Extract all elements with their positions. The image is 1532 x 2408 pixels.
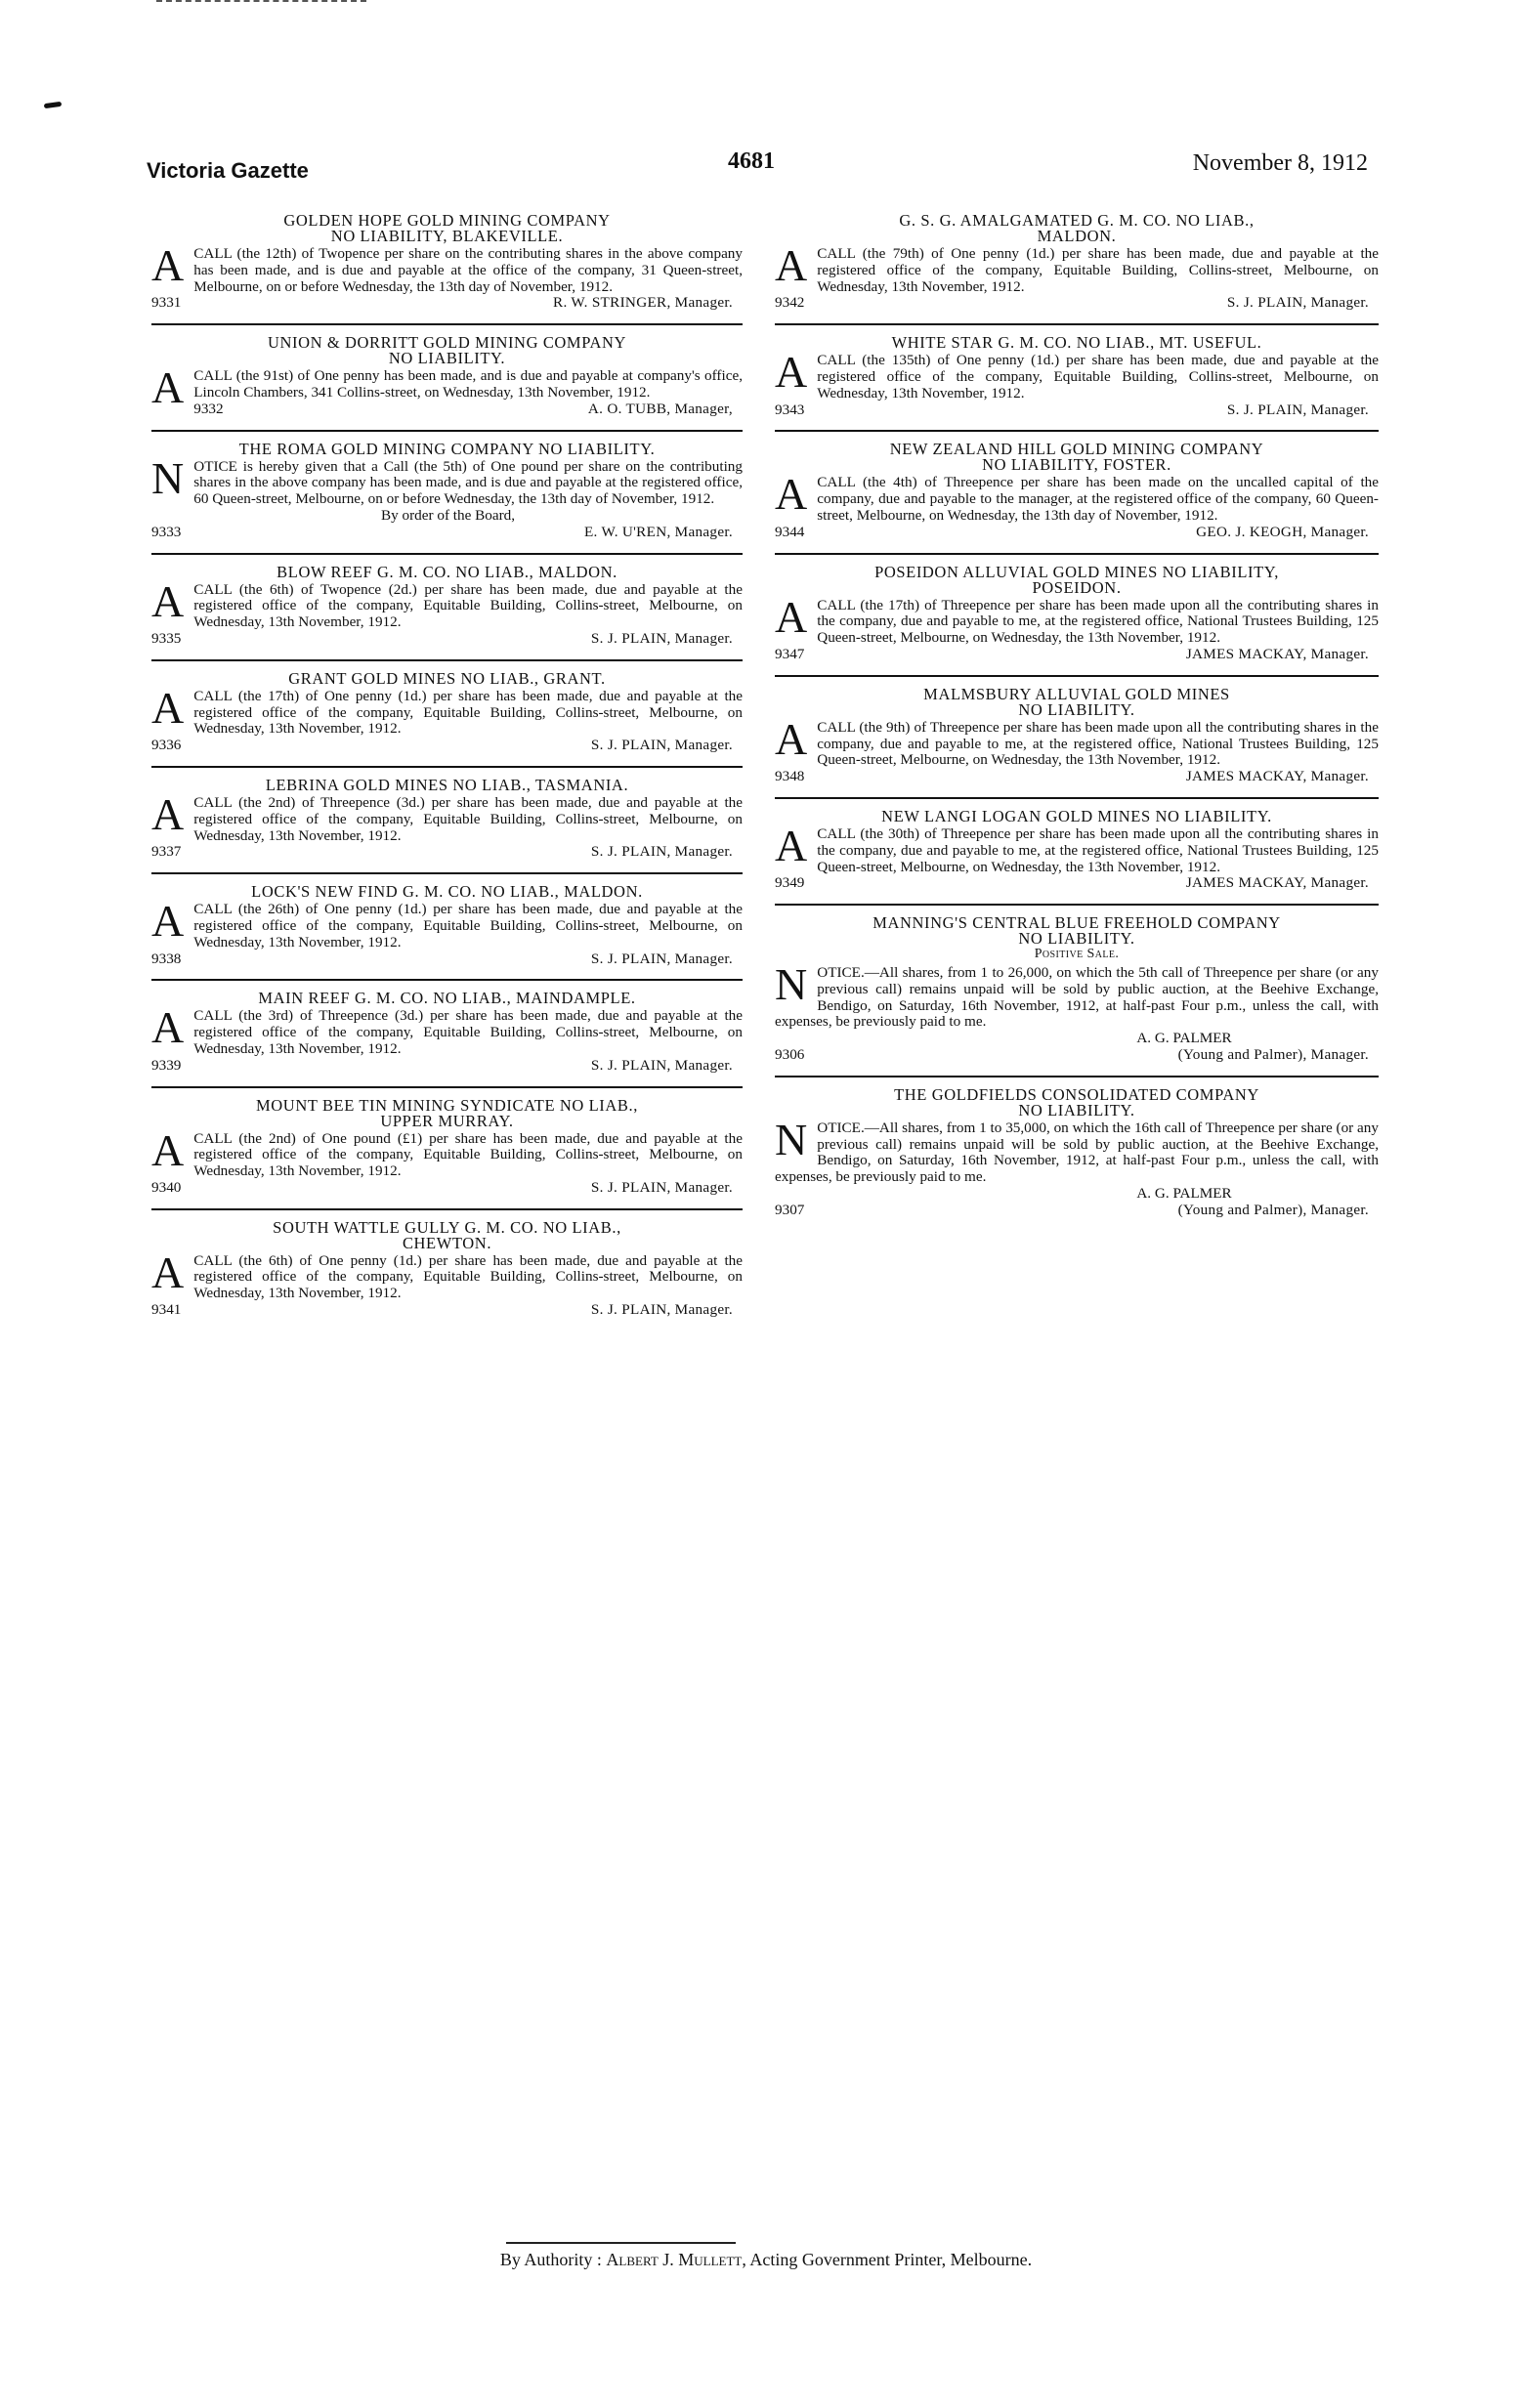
drop-cap: A [151, 1255, 184, 1290]
notice-footer: 9349 JAMES MACKAY, Manager. [775, 875, 1379, 892]
notice-footer: 9335 S. J. PLAIN, Manager. [151, 631, 743, 648]
drop-cap: A [151, 1133, 184, 1168]
notice-reference-number: 9331 [151, 295, 181, 312]
notice-reference-number: 9344 [775, 525, 804, 541]
notice-title: LOCK'S NEW FIND G. M. CO. NO LIAB., MALD… [151, 884, 743, 900]
footer-rule [506, 2242, 736, 2244]
notice-text: CALL (the 26th) of One penny (1d.) per s… [193, 901, 743, 951]
notice-reference-number: 9333 [151, 525, 181, 541]
notice: MAIN REEF G. M. CO. NO LIAB., MAINDAMPLE… [151, 979, 743, 1079]
drop-cap: A [151, 1010, 184, 1045]
notice-text: CALL (the 2nd) of One pound (£1) per sha… [193, 1130, 743, 1180]
notice-body: NOTICE.—All shares, from 1 to 26,000, on… [775, 965, 1379, 1031]
notice-footer: 9341 S. J. PLAIN, Manager. [151, 1302, 743, 1319]
issue-date: November 8, 1912 [1193, 150, 1368, 177]
notice-text: CALL (the 91st) of One penny has been ma… [193, 367, 743, 401]
notice-title: THE ROMA GOLD MINING COMPANY NO LIABILIT… [151, 442, 743, 457]
notice: NEW LANGI LOGAN GOLD MINES NO LIABILITY.… [775, 797, 1379, 898]
notice-body: NOTICE.—All shares, from 1 to 35,000, on… [775, 1120, 1379, 1186]
notice-body: ACALL (the 3rd) of Threepence (3d.) per … [151, 1008, 743, 1057]
notice-signature: S. J. PLAIN, Manager. [591, 951, 743, 968]
notice-reference-number: 9338 [151, 951, 181, 968]
notice-body: ACALL (the 4th) of Threepence per share … [775, 475, 1379, 524]
notice: GRANT GOLD MINES NO LIAB., GRANT. ACALL … [151, 659, 743, 760]
notice-signature: S. J. PLAIN, Manager. [591, 1058, 743, 1075]
notice-text: CALL (the 17th) of Threepence per share … [817, 597, 1379, 647]
notice-body: ACALL (the 6th) of One penny (1d.) per s… [151, 1253, 743, 1302]
notice-title: MAIN REEF G. M. CO. NO LIAB., MAINDAMPLE… [151, 991, 743, 1006]
notice-text: CALL (the 12th) of Twopence per share on… [193, 245, 743, 295]
notice-signature: S. J. PLAIN, Manager. [1227, 295, 1379, 312]
drop-cap: A [775, 248, 807, 283]
notice-text: CALL (the 4th) of Threepence per share h… [817, 474, 1379, 524]
drop-cap: A [151, 584, 184, 619]
notice-footer: 9343 S. J. PLAIN, Manager. [775, 402, 1379, 419]
notice-signature: S. J. PLAIN, Manager. [591, 631, 743, 648]
notice-text: CALL (the 2nd) of Threepence (3d.) per s… [193, 794, 743, 844]
notice-text: CALL (the 30th) of Threepence per share … [817, 825, 1379, 875]
notice-reference-number: 9340 [151, 1180, 181, 1197]
notice-text: CALL (the 135th) of One penny (1d.) per … [817, 352, 1379, 401]
scan-artifact-mark [44, 102, 63, 108]
notice-body: ACALL (the 26th) of One penny (1d.) per … [151, 902, 743, 951]
notice-signature: S. J. PLAIN, Manager. [1227, 402, 1379, 419]
notice: G. S. G. AMALGAMATED G. M. CO. NO LIAB.,… [775, 207, 1379, 317]
notice-title-line2: NO LIABILITY. [775, 702, 1379, 718]
notice-text: CALL (the 3rd) of Threepence (3d.) per s… [193, 1007, 743, 1057]
drop-cap: A [151, 248, 184, 283]
notice-title-line2: NO LIABILITY, FOSTER. [775, 457, 1379, 473]
notice-reference-number: 9307 [775, 1203, 804, 1219]
page-header: Victoria Gazette 4681 November 8, 1912 [147, 148, 1368, 197]
notice-signature: S. J. PLAIN, Manager. [591, 738, 743, 754]
notice-title: WHITE STAR G. M. CO. NO LIAB., MT. USEFU… [775, 335, 1379, 351]
notice: LOCK'S NEW FIND G. M. CO. NO LIAB., MALD… [151, 872, 743, 973]
notice-text: CALL (the 79th) of One penny (1d.) per s… [817, 245, 1379, 295]
notice-footer: 9331 R. W. STRINGER, Manager. [151, 295, 743, 312]
notice-signature: (Young and Palmer), Manager. [1178, 1047, 1379, 1064]
notice: THE GOLDFIELDS CONSOLIDATED COMPANY NO L… [775, 1076, 1379, 1225]
notice-reference-number: 9342 [775, 295, 804, 312]
notice-text: CALL (the 6th) of Twopence (2d.) per sha… [193, 581, 743, 631]
notice-title-line2: NO LIABILITY. [775, 931, 1379, 947]
notice-text: OTICE is hereby given that a Call (the 5… [193, 458, 743, 508]
drop-cap: N [775, 1122, 807, 1158]
notice-reference-number: 9336 [151, 738, 181, 754]
notice-text: OTICE.—All shares, from 1 to 35,000, on … [775, 1120, 1379, 1185]
notice-reference-number: 9339 [151, 1058, 181, 1075]
drop-cap: A [151, 797, 184, 832]
drop-cap: N [775, 967, 807, 1002]
notice-title-line2: MALDON. [775, 229, 1379, 244]
notice-reference-number: 9335 [151, 631, 181, 648]
notice-body: ACALL (the 17th) of Threepence per share… [775, 598, 1379, 647]
notice-reference-number: 9343 [775, 402, 804, 419]
notice-footer: 9339 S. J. PLAIN, Manager. [151, 1058, 743, 1075]
notice-footer: 9336 S. J. PLAIN, Manager. [151, 738, 743, 754]
notice-signature: JAMES MACKAY, Manager. [1186, 647, 1379, 663]
drop-cap: A [775, 600, 807, 635]
notice-text: CALL (the 6th) of One penny (1d.) per sh… [193, 1252, 743, 1302]
notice: MANNING'S CENTRAL BLUE FREEHOLD COMPANY … [775, 904, 1379, 1070]
notice: BLOW REEF G. M. CO. NO LIAB., MALDON. AC… [151, 553, 743, 654]
notice-subtitle: Positive Sale. [775, 947, 1379, 963]
left-column: GOLDEN HOPE GOLD MINING COMPANY NO LIABI… [151, 207, 743, 1325]
notice-reference-number: 9332 [193, 401, 223, 418]
drop-cap: A [151, 691, 184, 726]
notice-text: CALL (the 9th) of Threepence per share h… [817, 719, 1379, 769]
notice-title-line2: NO LIABILITY. [775, 1103, 1379, 1119]
notice-signatory-line: A. G. PALMER [775, 1186, 1379, 1203]
drop-cap: A [775, 477, 807, 512]
drop-cap: A [775, 828, 807, 864]
notice-signature: E. W. U'REN, Manager. [584, 525, 743, 541]
notice: WHITE STAR G. M. CO. NO LIAB., MT. USEFU… [775, 323, 1379, 424]
notice-body: ACALL (the 91st) of One penny has been m… [151, 368, 743, 401]
notice-signature: S. J. PLAIN, Manager. [591, 1302, 743, 1319]
notice-body: ACALL (the 9th) of Threepence per share … [775, 720, 1379, 769]
notice-title: NEW LANGI LOGAN GOLD MINES NO LIABILITY. [775, 809, 1379, 824]
notice-signature: R. W. STRINGER, Manager. [553, 295, 743, 312]
notice-footer: 9333 E. W. U'REN, Manager. [151, 525, 743, 541]
notice: POSEIDON ALLUVIAL GOLD MINES NO LIABILIT… [775, 553, 1379, 669]
notice-footer: 9332 A. O. TUBB, Manager, [193, 401, 743, 418]
notice-title: BLOW REEF G. M. CO. NO LIAB., MALDON. [151, 565, 743, 580]
notice-body: ACALL (the 135th) of One penny (1d.) per… [775, 353, 1379, 401]
notice-title: GRANT GOLD MINES NO LIAB., GRANT. [151, 671, 743, 687]
notice: GOLDEN HOPE GOLD MINING COMPANY NO LIABI… [151, 207, 743, 317]
notice-body: NOTICE is hereby given that a Call (the … [151, 459, 743, 508]
notice: UNION & DORRITT GOLD MINING COMPANY NO L… [151, 323, 743, 423]
notice-footer: 9307 (Young and Palmer), Manager. [775, 1203, 1379, 1219]
notice-footer: 9338 S. J. PLAIN, Manager. [151, 951, 743, 968]
notice-footer: 9342 S. J. PLAIN, Manager. [775, 295, 1379, 312]
notice-body: ACALL (the 2nd) of One pound (£1) per sh… [151, 1131, 743, 1180]
notice-signature: S. J. PLAIN, Manager. [591, 1180, 743, 1197]
notice-footer: 9340 S. J. PLAIN, Manager. [151, 1180, 743, 1197]
right-column: G. S. G. AMALGAMATED G. M. CO. NO LIAB.,… [775, 207, 1379, 1224]
notice-reference-number: 9347 [775, 647, 804, 663]
notice-signature: A. O. TUBB, Manager, [588, 401, 743, 418]
notice-signature: (Young and Palmer), Manager. [1178, 1203, 1379, 1219]
notice-signature: JAMES MACKAY, Manager. [1186, 769, 1379, 785]
notice-footer: 9306 (Young and Palmer), Manager. [775, 1047, 1379, 1064]
notice-title: LEBRINA GOLD MINES NO LIAB., TASMANIA. [151, 778, 743, 793]
notice-signature: JAMES MACKAY, Manager. [1186, 875, 1379, 892]
notice-title-line2: UPPER MURRAY. [151, 1114, 743, 1129]
notice: MOUNT BEE TIN MINING SYNDICATE NO LIAB.,… [151, 1086, 743, 1203]
drop-cap: A [775, 355, 807, 390]
notice-body: ACALL (the 30th) of Threepence per share… [775, 826, 1379, 875]
drop-cap: A [151, 904, 184, 939]
drop-cap: A [775, 722, 807, 757]
notice-body: ACALL (the 12th) of Twopence per share o… [151, 246, 743, 295]
notice-footer: 9347 JAMES MACKAY, Manager. [775, 647, 1379, 663]
drop-cap: N [151, 461, 184, 496]
notice-reference-number: 9306 [775, 1047, 804, 1064]
publication-title: Victoria Gazette [147, 158, 309, 184]
notice-title-line2: NO LIABILITY, BLAKEVILLE. [151, 229, 743, 244]
notice-reference-number: 9348 [775, 769, 804, 785]
notice-text: OTICE.—All shares, from 1 to 26,000, on … [775, 964, 1379, 1030]
scan-artifact-top [156, 0, 366, 4]
printer-name: Albert J. Mullett, [606, 2250, 746, 2269]
notice-footer: 9344 GEO. J. KEOGH, Manager. [775, 525, 1379, 541]
imprint-suffix: Acting Government Printer, Melbourne. [749, 2250, 1032, 2269]
imprint-footer: By Authority : Albert J. Mullett, Acting… [0, 2250, 1532, 2270]
notice-footer: 9348 JAMES MACKAY, Manager. [775, 769, 1379, 785]
notice-body: ACALL (the 79th) of One penny (1d.) per … [775, 246, 1379, 295]
drop-cap: A [151, 370, 184, 405]
notice-title-line2: CHEWTON. [151, 1236, 743, 1251]
notice-signature: GEO. J. KEOGH, Manager. [1196, 525, 1379, 541]
notice-reference-number: 9337 [151, 844, 181, 861]
notice-reference-number: 9349 [775, 875, 804, 892]
notice-body: ACALL (the 6th) of Twopence (2d.) per sh… [151, 582, 743, 631]
notice-footer: 9337 S. J. PLAIN, Manager. [151, 844, 743, 861]
notice: LEBRINA GOLD MINES NO LIAB., TASMANIA. A… [151, 766, 743, 866]
notice-signature: S. J. PLAIN, Manager. [591, 844, 743, 861]
notice-signatory-line: By order of the Board, [151, 508, 743, 525]
notice-body: ACALL (the 2nd) of Threepence (3d.) per … [151, 795, 743, 844]
notice-reference-number: 9341 [151, 1302, 181, 1319]
notice-signatory-line: A. G. PALMER [775, 1031, 1379, 1047]
notice: NEW ZEALAND HILL GOLD MINING COMPANY NO … [775, 430, 1379, 546]
imprint-prefix: By Authority : [500, 2250, 602, 2269]
notice-title-line2: POSEIDON. [775, 580, 1379, 596]
notice-body: ACALL (the 17th) of One penny (1d.) per … [151, 689, 743, 738]
notice-title-line2: NO LIABILITY. [151, 351, 743, 366]
notice-text: CALL (the 17th) of One penny (1d.) per s… [193, 688, 743, 738]
notice: THE ROMA GOLD MINING COMPANY NO LIABILIT… [151, 430, 743, 547]
page-number: 4681 [728, 148, 775, 175]
notice: MALMSBURY ALLUVIAL GOLD MINES NO LIABILI… [775, 675, 1379, 791]
notice: SOUTH WATTLE GULLY G. M. CO. NO LIAB., C… [151, 1208, 743, 1325]
